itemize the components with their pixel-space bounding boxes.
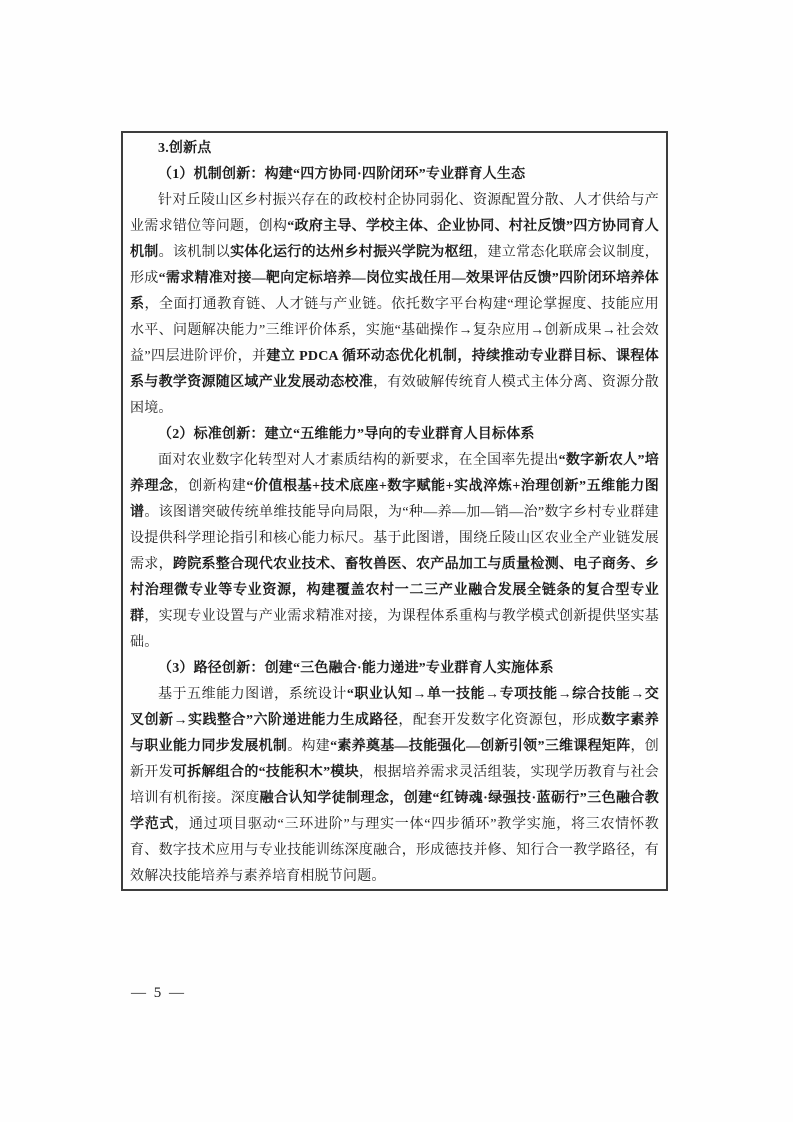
document-body: 3.创新点（1）机制创新：构建“四方协同·四阶闭环”专业群育人生态针对丘陵山区乡… bbox=[130, 136, 659, 890]
text-segment: ，创新构建 bbox=[174, 479, 247, 494]
document-page: 3.创新点（1）机制创新：构建“四方协同·四阶闭环”专业群育人生态针对丘陵山区乡… bbox=[0, 0, 793, 1122]
text-segment: （1）机制创新：构建“四方协同·四阶闭环”专业群育人生态 bbox=[158, 167, 525, 182]
text-segment: 面对农业数字化转型对人才素质结构的新要求，在全国率先提出 bbox=[158, 453, 559, 468]
section-heading: （3）路径创新：创建“三色融合·能力递进”专业群育人实施体系 bbox=[130, 656, 659, 682]
content-border-box: 3.创新点（1）机制创新：构建“四方协同·四阶闭环”专业群育人生态针对丘陵山区乡… bbox=[121, 131, 668, 891]
text-segment: 可拆解组合的“技能积木”模块 bbox=[173, 765, 359, 780]
body-paragraph: 面对农业数字化转型对人才素质结构的新要求，在全国率先提出“数字新农人”培养理念，… bbox=[130, 448, 659, 656]
text-segment: 3.创新点 bbox=[158, 141, 212, 156]
text-segment: “素养奠基—技能强化—创新引领”三维课程矩阵 bbox=[330, 739, 630, 754]
body-paragraph: 针对丘陵山区乡村振兴存在的政校村企协同弱化、资源配置分散、人才供给与产业需求错位… bbox=[130, 188, 659, 422]
section-heading: （2）标准创新：建立“五维能力”导向的专业群育人目标体系 bbox=[130, 422, 659, 448]
section-heading: （1）机制创新：构建“四方协同·四阶闭环”专业群育人生态 bbox=[130, 162, 659, 188]
text-segment: （3）路径创新：创建“三色融合·能力递进”专业群育人实施体系 bbox=[158, 661, 554, 676]
text-segment: ，通过项目驱动“三环进阶”与理实一体“四步循环”教学实施，将三农情怀教育、数字技… bbox=[130, 817, 659, 884]
text-segment: 。该机制以 bbox=[159, 245, 231, 260]
text-segment: ，实现专业设置与产业需求精准对接，为课程体系重构与教学模式创新提供坚实基础。 bbox=[130, 609, 659, 650]
text-segment: ，配套开发数字化资源包，形成 bbox=[398, 713, 601, 728]
page-number: — 5 — bbox=[131, 985, 186, 1002]
body-paragraph: 基于五维能力图谱，系统设计“职业认知→单一技能→专项技能→综合技能→交叉创新→实… bbox=[130, 682, 659, 890]
text-segment: （2）标准创新：建立“五维能力”导向的专业群育人目标体系 bbox=[158, 427, 535, 442]
section-heading: 3.创新点 bbox=[130, 136, 659, 162]
text-segment: 。构建 bbox=[287, 739, 330, 754]
text-segment: 基于五维能力图谱，系统设计 bbox=[158, 687, 347, 702]
text-segment: 实体化运行的达州乡村振兴学院为枢纽 bbox=[230, 245, 473, 260]
